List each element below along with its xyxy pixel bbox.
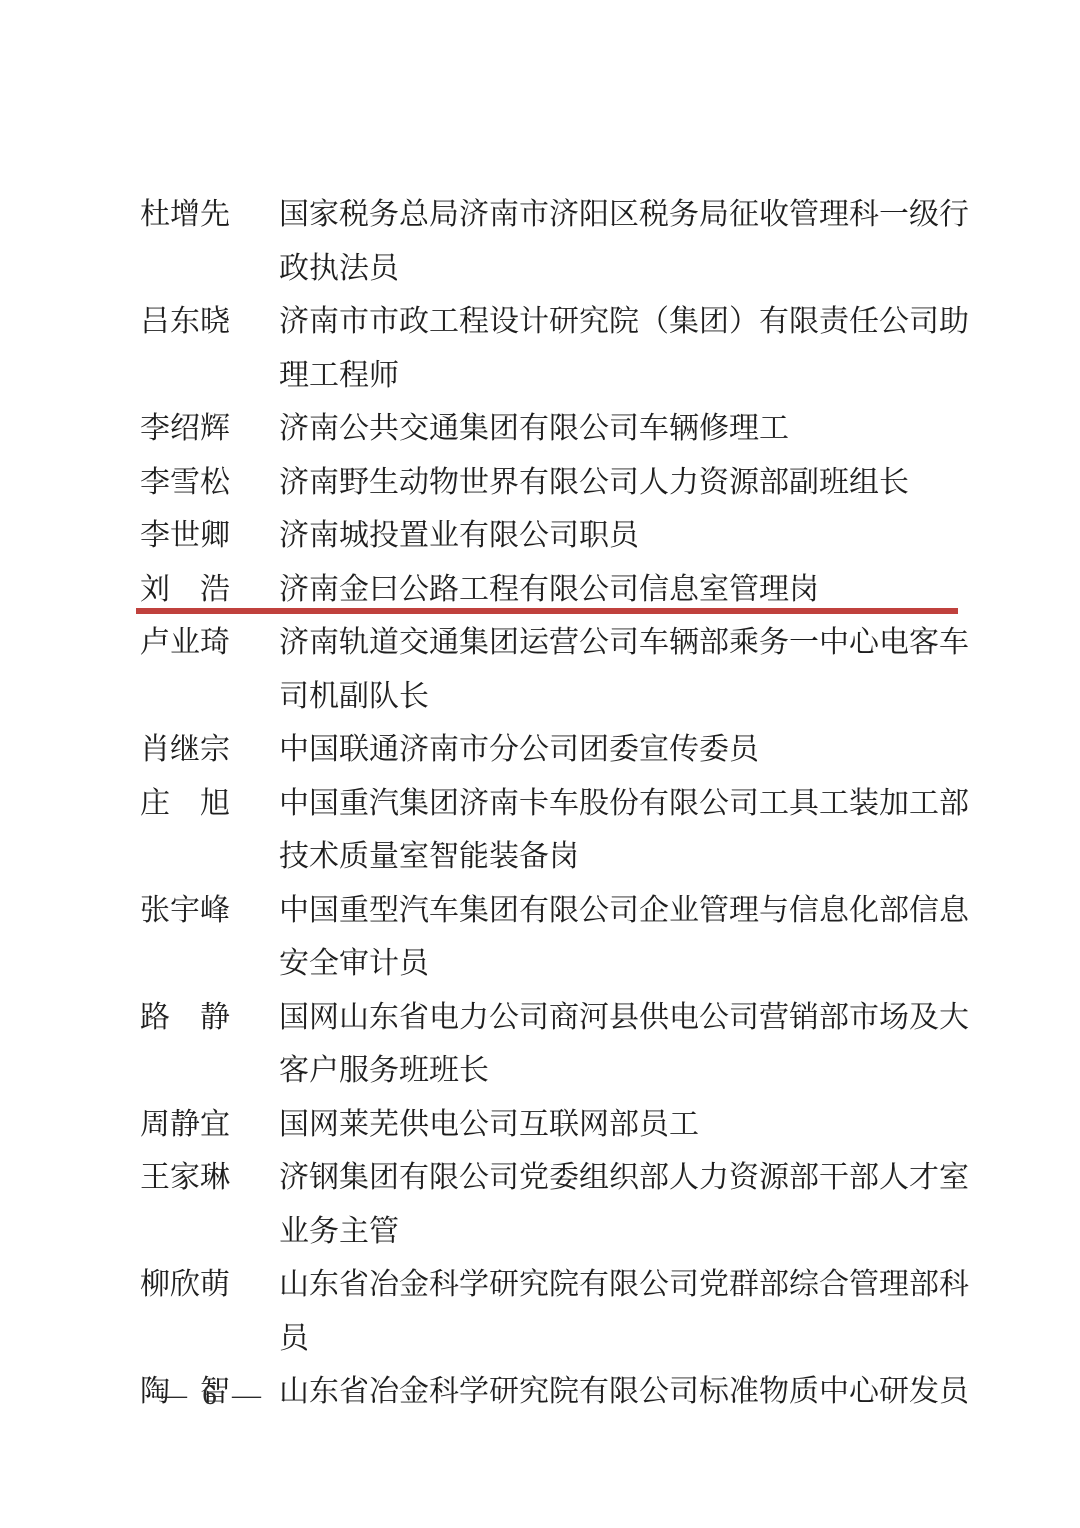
person-position: 国网山东省电力公司商河县供电公司营销部市场及大客户服务班班长: [279, 991, 969, 1098]
person-name: 庄 旭: [140, 777, 230, 831]
person-name: 刘 浩: [140, 563, 230, 617]
staff-entry: 李雪松 济南野生动物世界有限公司人力资源部副班组长: [140, 456, 972, 510]
person-position: 中国重汽集团济南卡车股份有限公司工具工装加工部技术质量室智能装备岗: [279, 777, 969, 884]
document-page: 杜增先 国家税务总局济南市济阳区税务局征收管理科一级行政执法员 吕东晓 济南市市…: [0, 0, 1080, 1528]
person-name: 柳欣萌: [140, 1258, 230, 1312]
person-position: 山东省冶金科学研究院有限公司标准物质中心研发员: [279, 1365, 969, 1419]
person-position: 中国联通济南市分公司团委宣传委员: [279, 723, 969, 777]
person-name: 李绍辉: [140, 402, 230, 456]
staff-entry: 路 静 国网山东省电力公司商河县供电公司营销部市场及大客户服务班班长: [140, 991, 972, 1098]
person-position: 济南金曰公路工程有限公司信息室管理岗: [279, 563, 969, 617]
person-position: 国家税务总局济南市济阳区税务局征收管理科一级行政执法员: [279, 188, 969, 295]
staff-entry: 柳欣萌 山东省冶金科学研究院有限公司党群部综合管理部科员: [140, 1258, 972, 1365]
staff-entry: 李世卿 济南城投置业有限公司职员: [140, 509, 972, 563]
staff-entry: 肖继宗 中国联通济南市分公司团委宣传委员: [140, 723, 972, 777]
staff-entry: 张宇峰 中国重型汽车集团有限公司企业管理与信息化部信息安全审计员: [140, 884, 972, 991]
person-name: 肖继宗: [140, 723, 230, 777]
person-position: 中国重型汽车集团有限公司企业管理与信息化部信息安全审计员: [279, 884, 969, 991]
person-name: 周静宜: [140, 1098, 230, 1152]
person-name: 吕东晓: [140, 295, 230, 349]
staff-list: 杜增先 国家税务总局济南市济阳区税务局征收管理科一级行政执法员 吕东晓 济南市市…: [140, 188, 972, 1419]
person-name: 张宇峰: [140, 884, 230, 938]
page-number: — 6 —: [158, 1378, 265, 1412]
person-name: 杜增先: [140, 188, 230, 242]
person-position: 济钢集团有限公司党委组织部人力资源部干部人才室业务主管: [279, 1151, 969, 1258]
person-name: 路 静: [140, 991, 230, 1045]
person-name: 李雪松: [140, 456, 230, 510]
staff-entry: 庄 旭 中国重汽集团济南卡车股份有限公司工具工装加工部技术质量室智能装备岗: [140, 777, 972, 884]
person-position: 济南轨道交通集团运营公司车辆部乘务一中心电客车司机副队长: [279, 616, 969, 723]
person-position: 济南市市政工程设计研究院（集团）有限责任公司助理工程师: [279, 295, 969, 402]
staff-entry: 李绍辉 济南公共交通集团有限公司车辆修理工: [140, 402, 972, 456]
person-position: 山东省冶金科学研究院有限公司党群部综合管理部科员: [279, 1258, 969, 1365]
person-position: 济南城投置业有限公司职员: [279, 509, 969, 563]
staff-entry: 周静宜 国网莱芜供电公司互联网部员工: [140, 1098, 972, 1152]
person-position: 济南公共交通集团有限公司车辆修理工: [279, 402, 969, 456]
staff-entry: 卢业琦 济南轨道交通集团运营公司车辆部乘务一中心电客车司机副队长: [140, 616, 972, 723]
person-position: 国网莱芜供电公司互联网部员工: [279, 1098, 969, 1152]
person-name: 王家琳: [140, 1151, 230, 1205]
person-position: 济南野生动物世界有限公司人力资源部副班组长: [279, 456, 969, 510]
person-name: 李世卿: [140, 509, 230, 563]
staff-entry: 吕东晓 济南市市政工程设计研究院（集团）有限责任公司助理工程师: [140, 295, 972, 402]
staff-entry: 杜增先 国家税务总局济南市济阳区税务局征收管理科一级行政执法员: [140, 188, 972, 295]
person-name: 卢业琦: [140, 616, 230, 670]
staff-entry: 王家琳 济钢集团有限公司党委组织部人力资源部干部人才室业务主管: [140, 1151, 972, 1258]
